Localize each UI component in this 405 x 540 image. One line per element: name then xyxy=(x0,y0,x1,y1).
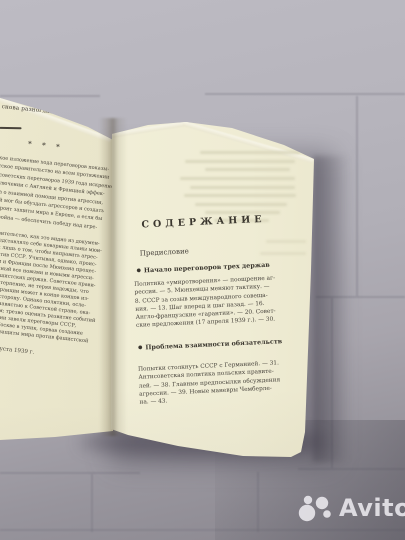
toc-section-2-body: Попытки столкнуть СССР с Германией. — 31… xyxy=(138,359,281,407)
page-edge-shadow xyxy=(313,156,349,462)
contents-title: СОДЕРЖАНИЕ xyxy=(141,214,265,231)
section-bullet-icon: ● xyxy=(138,345,143,351)
preface-entry: Предисловие xyxy=(140,247,189,257)
mortar-line xyxy=(205,93,405,95)
avito-watermark: Avito xyxy=(296,492,405,523)
show-through-line xyxy=(205,211,280,214)
mortar-line xyxy=(356,96,358,296)
mortar-line xyxy=(0,95,100,97)
show-through-line xyxy=(184,194,296,197)
avito-logo-icon xyxy=(296,492,334,523)
show-through-line xyxy=(185,160,295,163)
book-gutter-shadow xyxy=(99,118,127,436)
toc-section-1-body: Политика «умиротворения» — поощрение аг-… xyxy=(134,274,277,330)
avito-wordmark: Avito xyxy=(339,496,405,520)
show-through-line xyxy=(205,168,290,171)
asterism-separator: * * * xyxy=(28,139,65,152)
toc-section-1-title: ●Начало переговоров трех держав xyxy=(136,261,270,275)
date-line: августа 1939 г. xyxy=(0,345,35,356)
show-through-line xyxy=(190,186,295,189)
left-page-paragraph-2: правительство, как это видно из докумен-… xyxy=(0,229,104,352)
show-through-line xyxy=(195,203,287,206)
section-bullet-icon: ● xyxy=(136,268,141,274)
mortar-line xyxy=(91,474,93,532)
listing-photo: снова разногласий. На этом и прерывались… xyxy=(0,0,405,540)
show-through-line xyxy=(180,177,295,180)
mortar-line xyxy=(0,472,140,474)
paragraph-end-dash xyxy=(0,127,22,129)
show-through-line xyxy=(266,240,306,243)
toc-section-2-title: ●Проблема взаимности обязательств xyxy=(138,337,282,352)
show-through-line xyxy=(200,151,300,154)
show-through-line xyxy=(260,252,306,255)
